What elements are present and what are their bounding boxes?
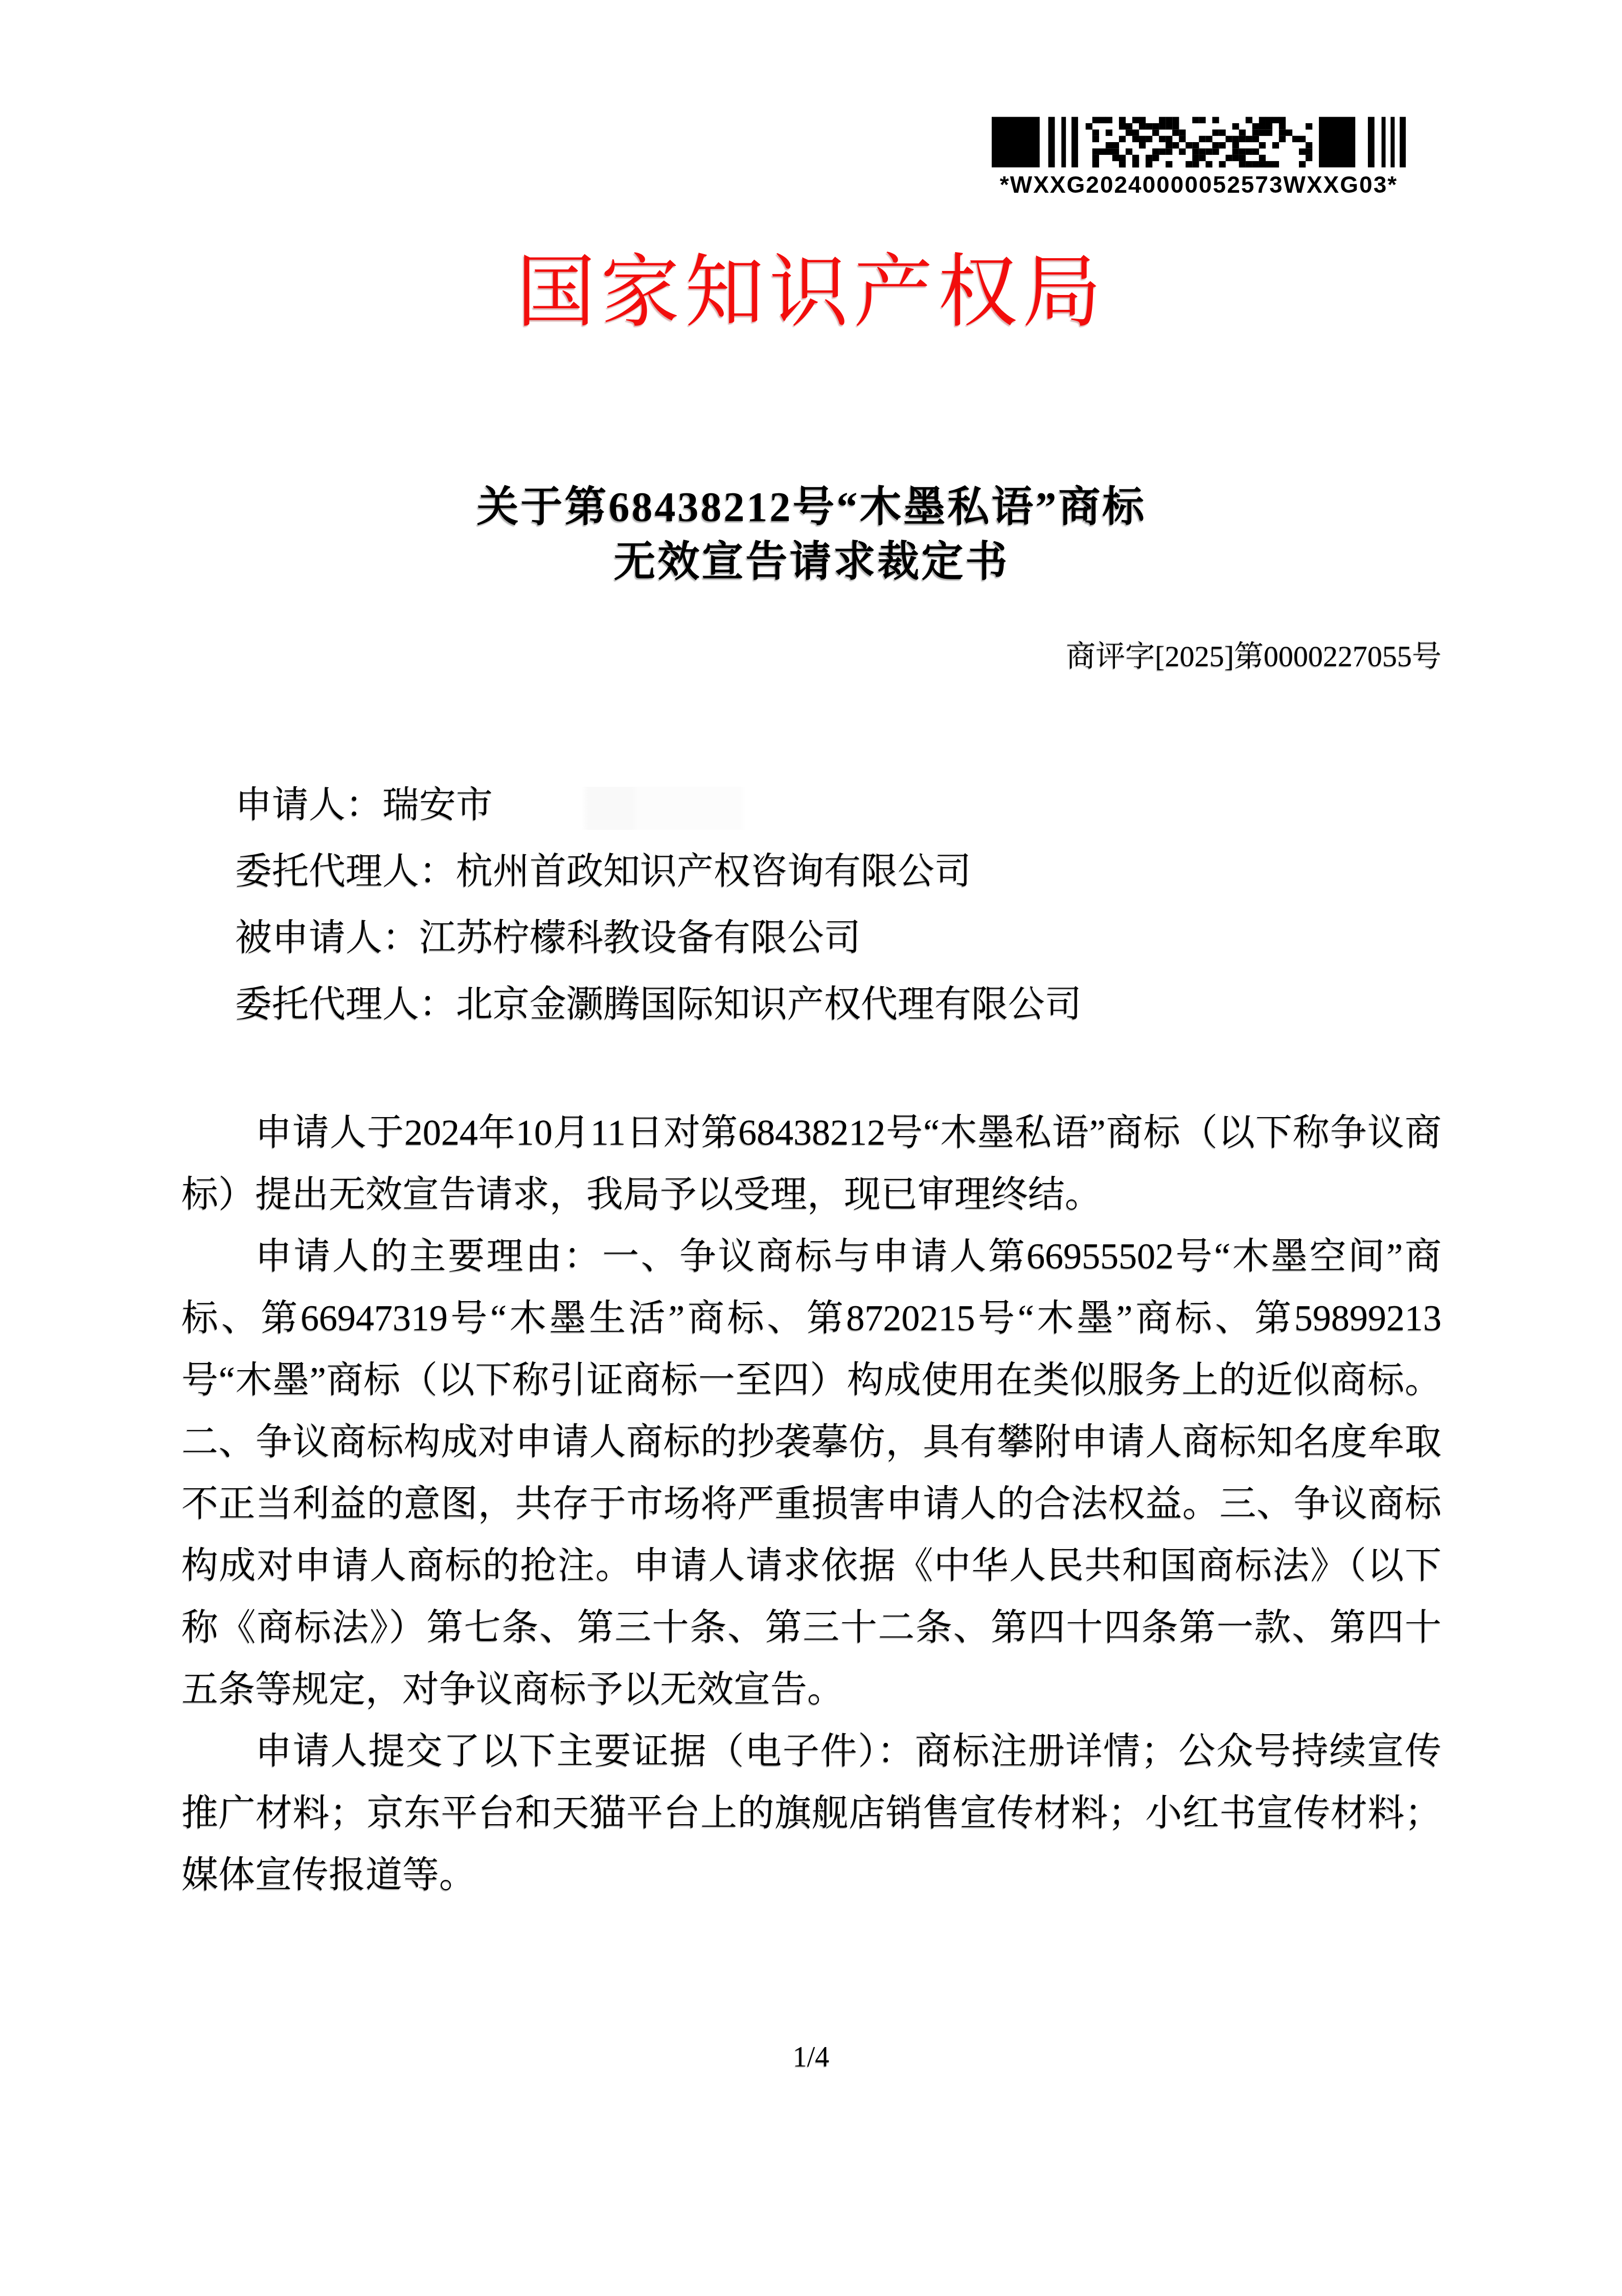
- party-label: 申请人：: [235, 784, 382, 825]
- doc-title-line1: 关于第68438212号“木墨私语”商标: [181, 480, 1442, 534]
- doc-title-line2: 无效宣告请求裁定书: [181, 534, 1442, 589]
- party-label: 被申请人：: [235, 917, 419, 958]
- parties-block: 申请人：瑞安市 委托代理人：杭州首政知识产权咨询有限公司 被申请人：江苏柠檬科教…: [181, 771, 1442, 1037]
- document-page: *WXXG20240000052573WXXG03* 国家知识产权局 关于第68…: [0, 0, 1622, 2296]
- party-label: 委托代理人：: [235, 984, 456, 1025]
- party-value: 江苏柠檬科教设备有限公司: [419, 917, 861, 958]
- party-value: 杭州首政知识产权咨询有限公司: [456, 851, 971, 892]
- party-label: 委托代理人：: [235, 851, 456, 892]
- body-paragraph: 申请人的主要理由：一、争议商标与申请人第66955502号“木墨空间”商标、第6…: [181, 1225, 1442, 1720]
- doc-title: 关于第68438212号“木墨私语”商标 无效宣告请求裁定书: [181, 480, 1442, 589]
- page-number: 1/4: [0, 2041, 1622, 2074]
- body-paragraph: 申请人于2024年10月11日对第68438212号“木墨私语”商标（以下称争议…: [181, 1102, 1442, 1225]
- party-row-applicant-agent: 委托代理人：杭州首政知识产权咨询有限公司: [235, 838, 1442, 904]
- party-value: 北京金灏腾国际知识产权代理有限公司: [456, 984, 1082, 1025]
- body-paragraph: 申请人提交了以下主要证据（电子件）：商标注册详情；公众号持续宣传推广材料；京东平…: [181, 1720, 1442, 1906]
- party-value: 瑞安市: [382, 784, 493, 825]
- party-row-applicant: 申请人：瑞安市: [235, 771, 1442, 838]
- doc-number: 商评字[2025]第0000227055号: [181, 636, 1442, 677]
- redacted-text-area: [493, 787, 810, 830]
- party-row-respondent-agent: 委托代理人：北京金灏腾国际知识产权代理有限公司: [235, 971, 1442, 1037]
- body-text: 申请人于2024年10月11日对第68438212号“木墨私语”商标（以下称争议…: [181, 1102, 1442, 1906]
- party-row-respondent: 被申请人：江苏柠檬科教设备有限公司: [235, 904, 1442, 971]
- document-content: 国家知识产权局 关于第68438212号“木墨私语”商标 无效宣告请求裁定书 商…: [0, 0, 1622, 1906]
- barcode-image: [992, 116, 1406, 169]
- barcode-text: *WXXG20240000052573WXXG03*: [974, 171, 1424, 198]
- barcode: *WXXG20240000052573WXXG03*: [974, 116, 1424, 198]
